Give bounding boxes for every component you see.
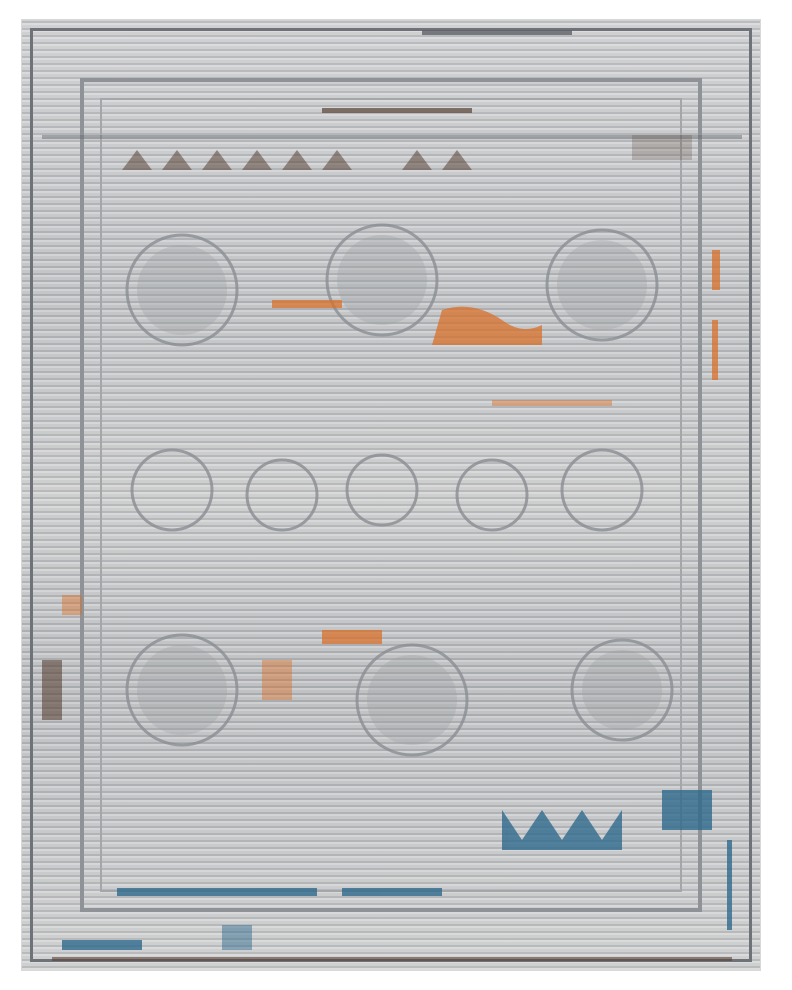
rug-motifs [22, 20, 760, 970]
rug [22, 20, 760, 970]
